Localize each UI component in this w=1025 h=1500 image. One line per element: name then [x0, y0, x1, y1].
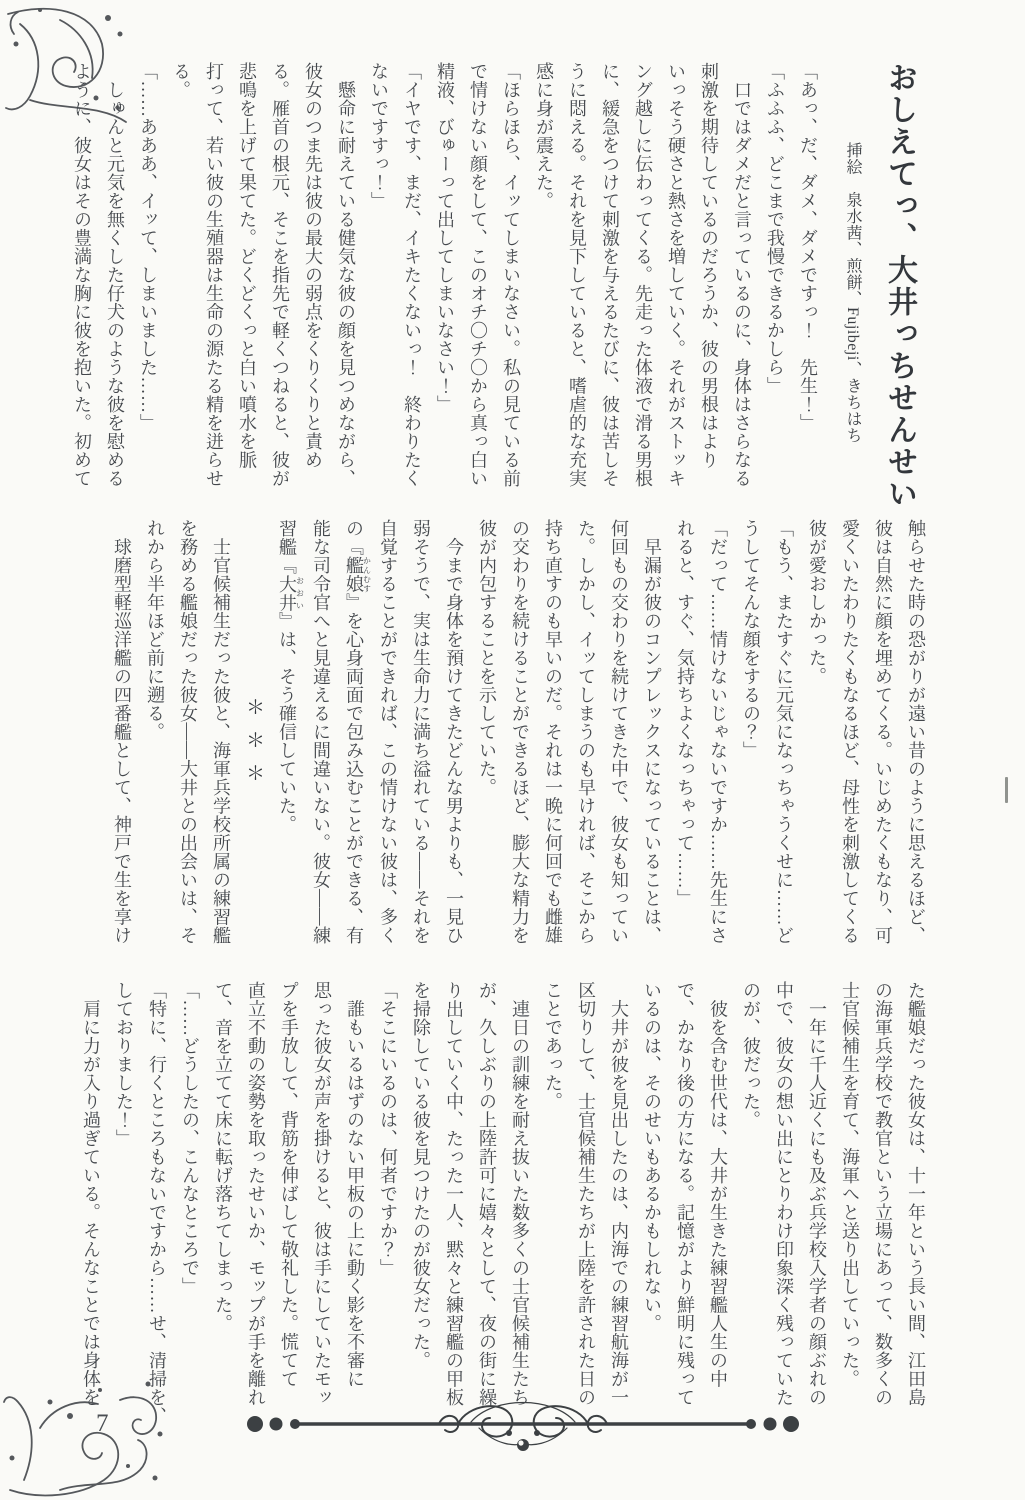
- text-column: て、音を立てて床に転げ落ちてしまった。: [206, 981, 239, 1439]
- text-column: 連日の訓練を耐え抜いた数多くの士官候補生たち: [503, 981, 536, 1439]
- text-column: 「ほらほら、イッてしまいなさい。私の見ている前: [494, 62, 527, 514]
- text-column: 彼女のつま先は彼の最大の弱点をくりくりと責め: [296, 62, 329, 514]
- text-column: 思った彼女が声を掛けると、彼は手にしていたモッ: [305, 981, 338, 1439]
- document-page: { "page": { "background": "#fafaf7", "in…: [0, 0, 1025, 1500]
- text-column: 「ふふふ、どこまで我慢できるかしら」: [758, 62, 791, 514]
- text-column: り出していく中、たった一人、黙々と練習艦の甲板: [437, 981, 470, 1439]
- text-column: が、久しぶりの上陸許可に嬉々として、夜の街に繰: [470, 981, 503, 1439]
- text-column: 区切りして、士官候補生たちが上陸を許された日の: [569, 981, 602, 1439]
- text-column: 精液、びゅーって出してしまいなさい！」: [428, 62, 461, 514]
- section-separator: ＊＊＊: [237, 519, 270, 973]
- text-column: れから半年ほど前に遡る。: [138, 519, 171, 973]
- text-column: 触らせた時の恐がりが遠い昔のように思えるほど、: [899, 519, 932, 973]
- text-column: で情けない顔をして、このオチ〇チ〇から真っ白い: [461, 62, 494, 514]
- page-title: おしえてっ、大井っちせんせい: [868, 62, 930, 514]
- text-column: 「そこにいるのは、何者ですか？」: [371, 981, 404, 1439]
- text-column: 自覚することができれば、この情けない彼は、多く: [371, 519, 404, 973]
- text-column: 彼を含む世代は、大井が生きた練習艦人生の中: [701, 981, 734, 1439]
- text-column: を掃除している彼を見つけたのが彼女だった。: [404, 981, 437, 1439]
- text-column: 何回もの交わりを続けてきた中で、彼女も知ってい: [602, 519, 635, 973]
- text-column: 悲鳴を上げて果てた。どくどくっと白い噴水を脈: [230, 62, 263, 514]
- text-column: 習艦『大井おおい』は、そう確信していた。: [270, 519, 304, 973]
- text-column: 「あっ、だ、ダメ、ダメですっ！ 先生！」: [791, 62, 824, 514]
- text-column: の交わりを続けることができるほど、膨大な精力を: [503, 519, 536, 973]
- text-column: 懸命に耐えている健気な彼の顔を見つめながら、: [329, 62, 362, 514]
- text-column: 彼は自然に顔を埋めてくる。いじめたくもなり、可: [866, 519, 899, 973]
- text-column: 能な司令官へと見違えるに間違いない。彼女――練: [304, 519, 337, 973]
- text-column: 「……どうしたの、こんなところで」: [173, 981, 206, 1439]
- text-section-bottom: た艦娘だった彼女は、十一年という長い間、江田島の海軍兵学校で教官という立場にあっ…: [74, 981, 932, 1439]
- text-column: 弱そうで、実は生命力に満ち溢れている――それを: [404, 519, 437, 973]
- text-column: のが、彼だった。: [734, 981, 767, 1439]
- illustration-credit: 挿絵 泉水茜、煎餅、Fujibeji、きちはち: [836, 62, 868, 514]
- text-column: 今まで身体を預けてきたどんな男よりも、一見ひ: [437, 519, 470, 973]
- text-section-middle: 触らせた時の恐がりが遠い昔のように思えるほど、彼は自然に顔を埋めてくる。いじめた…: [105, 519, 932, 973]
- text-column: で、かなり後の方になる。記憶がより鮮明に残って: [668, 981, 701, 1439]
- text-column: を務める艦娘だった彼女――大井との出会いは、そ: [171, 519, 204, 973]
- text-column: 「イヤです、まだ、イキたくないっ！ 終わりたく: [395, 62, 428, 514]
- text-column: 士官候補生だった彼と、海軍兵学校所属の練習艦: [204, 519, 237, 973]
- text-column: 「もう、またすぐに元気になっちゃうくせに……ど: [767, 519, 800, 973]
- text-column: 誰もいるはずのない甲板の上に動く影を不審に: [338, 981, 371, 1439]
- text-column: 球磨型軽巡洋艦の四番艦として、神戸で生を享け: [105, 519, 138, 973]
- text-column: 直立不動の姿勢を取ったせいか、モップが手を離れ: [239, 981, 272, 1439]
- text-column: た。しかし、イッてしまうのも早ければ、そこから: [569, 519, 602, 973]
- text-column: 彼が内包することを示していた。: [470, 519, 503, 973]
- text-column: 持ち直すのも早いのだ。それは一晩に何回でも雌雄: [536, 519, 569, 973]
- text-column: 一年に千人近くにも及ぶ兵学校入学者の顔ぶれの: [800, 981, 833, 1439]
- text-column: 早漏が彼のコンプレックスになっていることは、: [635, 519, 668, 973]
- text-column: ことであった。: [536, 981, 569, 1439]
- text-column: プを手放して、背筋を伸ばして敬礼した。慌てて: [272, 981, 305, 1439]
- page-edge-mark: [1005, 777, 1008, 803]
- text-column: 中で、彼女の想い出にとりわけ印象深く残っていた: [767, 981, 800, 1439]
- text-column: うしてそんな顔をするの？」: [734, 519, 767, 973]
- text-column: いっそう硬さと熱さを増していく。それがストッキ: [659, 62, 692, 514]
- text-column: 刺激を期待しているのだろうか、彼の男根はより: [692, 62, 725, 514]
- text-column: の『艦娘かんむす』を心身両面で包み込むことができる、有: [337, 519, 371, 973]
- text-column: うに悶える。それを見下していると、嗜虐的な充実: [560, 62, 593, 514]
- text-column: に、緩急をつけて刺激を与えるたびに、彼は苦しそ: [593, 62, 626, 514]
- text-column: 「……あああ、イッて、しまいました……」: [131, 62, 164, 514]
- text-column: 感に身が震えた。: [527, 62, 560, 514]
- text-column: 打って、若い彼の生殖器は生命の源たる精を迸らせ: [197, 62, 230, 514]
- text-column: 「特に、行くところもないですから……せ、清掃を、: [140, 981, 173, 1439]
- text-column: の海軍兵学校で教官という立場にあって、数多くの: [866, 981, 899, 1439]
- text-column: る。雁首の根元、そこを指先で軽くつねると、彼が: [263, 62, 296, 514]
- text-column: 「だって……情けないじゃないですか……先生にさ: [701, 519, 734, 973]
- text-column: れると、すぐ、気持ちよくなっちゃって……」: [668, 519, 701, 973]
- text-column: 士官候補生を育て、海軍へと送り出していった。: [833, 981, 866, 1439]
- text-column: ング越しに伝わってくる。先走った体液で滑る男根: [626, 62, 659, 514]
- page-number: 7: [96, 1410, 109, 1438]
- text-column: ないですすっ！」: [362, 62, 395, 514]
- text-column: いるのは、そのせいもあるかもしれない。: [635, 981, 668, 1439]
- text-column: 愛くいたわりたくもなるほど、母性を刺激してくる: [833, 519, 866, 973]
- text-section-top: おしえてっ、大井っちせんせい 挿絵 泉水茜、煎餅、Fujibeji、きちはち 「…: [65, 62, 930, 514]
- text-column: しておりました！」: [107, 981, 140, 1439]
- text-column: 大井が彼を見出したのは、内海での練習航海が一: [602, 981, 635, 1439]
- text-column: ように、彼女はその豊満な胸に彼を抱いた。初めて: [65, 62, 98, 514]
- text-column: 口ではダメだと言っているのに、身体はさらなる: [725, 62, 758, 514]
- text-column: 肩に力が入り過ぎている。そんなことでは身体を: [74, 981, 107, 1439]
- text-column: しゅんと元気を無くした仔犬のような彼を慰める: [98, 62, 131, 514]
- text-column: 彼が愛おしかった。: [800, 519, 833, 973]
- text-column: た艦娘だった彼女は、十一年という長い間、江田島: [899, 981, 932, 1439]
- text-column: る。: [164, 62, 197, 514]
